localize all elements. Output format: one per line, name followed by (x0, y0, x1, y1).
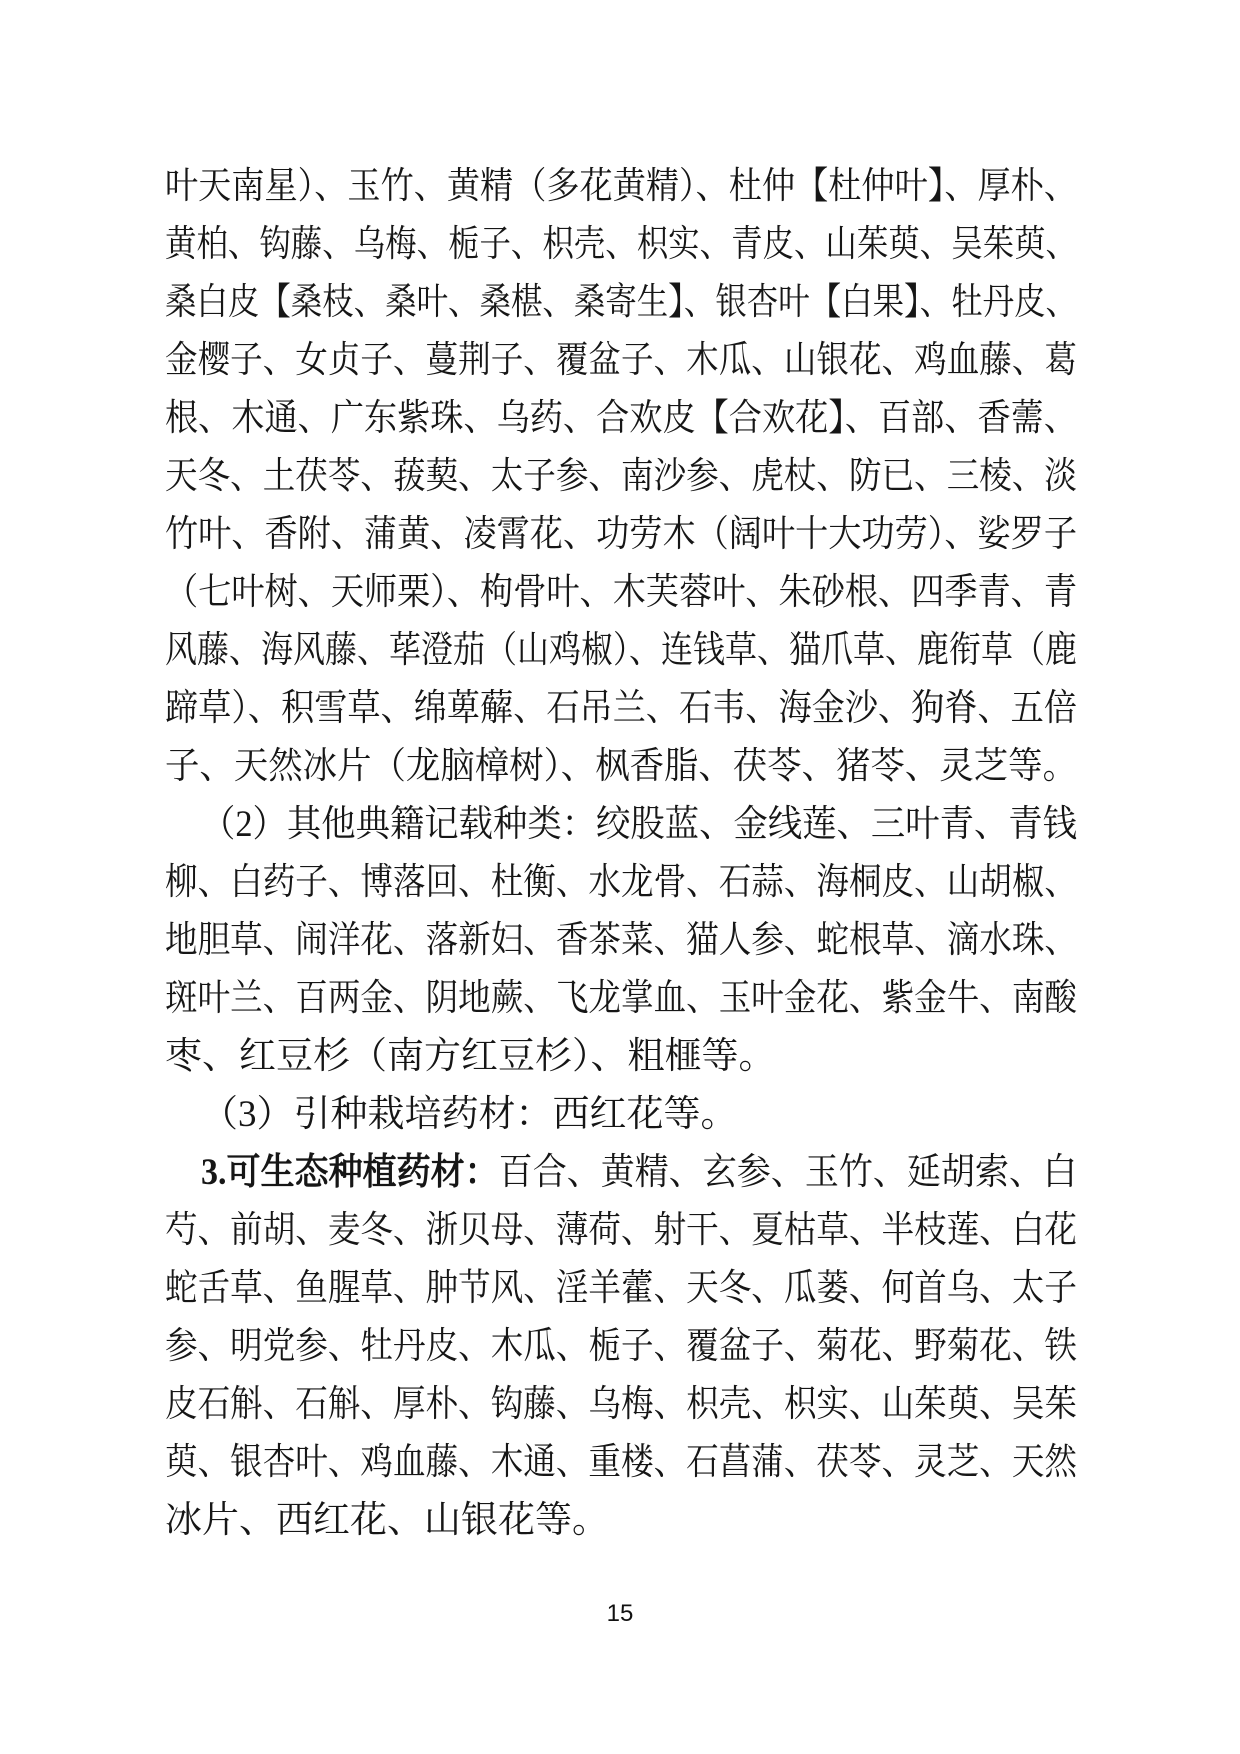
text-line: 金樱子、女贞子、蔓荆子、覆盆子、木瓜、山银花、鸡血藤、葛 (165, 332, 1077, 390)
line-text: 百合、黄精、玄参、玉竹、延胡索、白 (499, 1152, 1077, 1193)
text-line: 蹄草）、积雪草、绵萆薢、石吊兰、石韦、海金沙、狗脊、五倍 (165, 680, 1077, 738)
line-text: （七叶树、天师栗）、枸骨叶、木芙蓉叶、朱砂根、四季青、青 (165, 564, 1077, 622)
text-line: 叶天南星）、玉竹、黄精（多花黄精）、杜仲【杜仲叶】、厚朴、 (165, 158, 1077, 216)
text-line: （2）其他典籍记载种类：绞股蓝、金线莲、三叶青、青钱 (165, 796, 1077, 854)
text-line: （3）引种栽培药材：西红花等。 (165, 1086, 1077, 1144)
page-number: 15 (0, 1600, 1240, 1628)
text-line: 根、木通、广东紫珠、乌药、合欢皮【合欢花】、百部、香薷、 (165, 390, 1077, 448)
line-text: 冰片、西红花、山银花等。 (165, 1492, 609, 1550)
line-text: 斑叶兰、百两金、阴地蕨、飞龙掌血、玉叶金花、紫金牛、南酸 (165, 970, 1077, 1028)
line-text: 黄柏、钩藤、乌梅、栀子、枳壳、枳实、青皮、山茱萸、吴茱萸、 (165, 216, 1077, 274)
text-line: 天冬、土茯苓、菝葜、太子参、南沙参、虎杖、防已、三棱、淡 (165, 448, 1077, 506)
line-text: 叶天南星）、玉竹、黄精（多花黄精）、杜仲【杜仲叶】、厚朴、 (165, 158, 1077, 216)
line-text: 子、天然冰片（龙脑樟树）、枫香脂、茯苓、猪苓、灵芝等。 (165, 738, 1077, 796)
text-line: 冰片、西红花、山银花等。 (165, 1492, 1077, 1550)
line-text: 竹叶、香附、蒲黄、凌霄花、功劳木（阔叶十大功劳）、娑罗子 (165, 506, 1077, 564)
heading-bold-text: 3.可生态种植药材： (201, 1152, 499, 1193)
line-text: 根、木通、广东紫珠、乌药、合欢皮【合欢花】、百部、香薷、 (165, 390, 1077, 448)
document-body-text: 叶天南星）、玉竹、黄精（多花黄精）、杜仲【杜仲叶】、厚朴、黄柏、钩藤、乌梅、栀子… (165, 158, 1077, 1550)
line-text: 枣、红豆杉（南方红豆杉）、粗榧等。 (165, 1028, 776, 1086)
line-text: 天冬、土茯苓、菝葜、太子参、南沙参、虎杖、防已、三棱、淡 (165, 448, 1077, 506)
line-text: 金樱子、女贞子、蔓荆子、覆盆子、木瓜、山银花、鸡血藤、葛 (165, 332, 1077, 390)
text-line: 枣、红豆杉（南方红豆杉）、粗榧等。 (165, 1028, 1077, 1086)
line-text: （3）引种栽培药材：西红花等。 (201, 1086, 738, 1144)
text-line-heading: 3.可生态种植药材：百合、黄精、玄参、玉竹、延胡索、白 (165, 1144, 1077, 1202)
line-text: 桑白皮【桑枝、桑叶、桑椹、桑寄生】、银杏叶【白果】、牡丹皮、 (165, 274, 1077, 332)
line-text: 蛇舌草、鱼腥草、肿节风、淫羊藿、天冬、瓜蒌、何首乌、太子 (165, 1260, 1077, 1318)
text-line: 黄柏、钩藤、乌梅、栀子、枳壳、枳实、青皮、山茱萸、吴茱萸、 (165, 216, 1077, 274)
line-text: 蹄草）、积雪草、绵萆薢、石吊兰、石韦、海金沙、狗脊、五倍 (165, 680, 1077, 738)
text-line: 皮石斛、石斛、厚朴、钩藤、乌梅、枳壳、枳实、山茱萸、吴茱 (165, 1376, 1077, 1434)
line-text: （2）其他典籍记载种类：绞股蓝、金线莲、三叶青、青钱 (201, 796, 1077, 854)
text-line: 蛇舌草、鱼腥草、肿节风、淫羊藿、天冬、瓜蒌、何首乌、太子 (165, 1260, 1077, 1318)
text-line: 风藤、海风藤、荜澄茄（山鸡椒）、连钱草、猫爪草、鹿衔草（鹿 (165, 622, 1077, 680)
text-line: 子、天然冰片（龙脑樟树）、枫香脂、茯苓、猪苓、灵芝等。 (165, 738, 1077, 796)
text-line: 参、明党参、牡丹皮、木瓜、栀子、覆盆子、菊花、野菊花、铁 (165, 1318, 1077, 1376)
line-text: 芍、前胡、麦冬、浙贝母、薄荷、射干、夏枯草、半枝莲、白花 (165, 1202, 1077, 1260)
text-line: 柳、白药子、博落回、杜衡、水龙骨、石蒜、海桐皮、山胡椒、 (165, 854, 1077, 912)
text-line: 斑叶兰、百两金、阴地蕨、飞龙掌血、玉叶金花、紫金牛、南酸 (165, 970, 1077, 1028)
line-text: 风藤、海风藤、荜澄茄（山鸡椒）、连钱草、猫爪草、鹿衔草（鹿 (165, 622, 1077, 680)
text-line: 桑白皮【桑枝、桑叶、桑椹、桑寄生】、银杏叶【白果】、牡丹皮、 (165, 274, 1077, 332)
text-line: （七叶树、天师栗）、枸骨叶、木芙蓉叶、朱砂根、四季青、青 (165, 564, 1077, 622)
line-text: 皮石斛、石斛、厚朴、钩藤、乌梅、枳壳、枳实、山茱萸、吴茱 (165, 1376, 1077, 1434)
text-line: 萸、银杏叶、鸡血藤、木通、重楼、石菖蒲、茯苓、灵芝、天然 (165, 1434, 1077, 1492)
text-line: 芍、前胡、麦冬、浙贝母、薄荷、射干、夏枯草、半枝莲、白花 (165, 1202, 1077, 1260)
line-text: 地胆草、闹洋花、落新妇、香茶菜、猫人参、蛇根草、滴水珠、 (165, 912, 1077, 970)
line-text: 柳、白药子、博落回、杜衡、水龙骨、石蒜、海桐皮、山胡椒、 (165, 854, 1077, 912)
line-text: 萸、银杏叶、鸡血藤、木通、重楼、石菖蒲、茯苓、灵芝、天然 (165, 1434, 1077, 1492)
text-line: 地胆草、闹洋花、落新妇、香茶菜、猫人参、蛇根草、滴水珠、 (165, 912, 1077, 970)
text-line: 竹叶、香附、蒲黄、凌霄花、功劳木（阔叶十大功劳）、娑罗子 (165, 506, 1077, 564)
line-text: 参、明党参、牡丹皮、木瓜、栀子、覆盆子、菊花、野菊花、铁 (165, 1318, 1077, 1376)
document-page: 叶天南星）、玉竹、黄精（多花黄精）、杜仲【杜仲叶】、厚朴、黄柏、钩藤、乌梅、栀子… (0, 0, 1240, 1754)
